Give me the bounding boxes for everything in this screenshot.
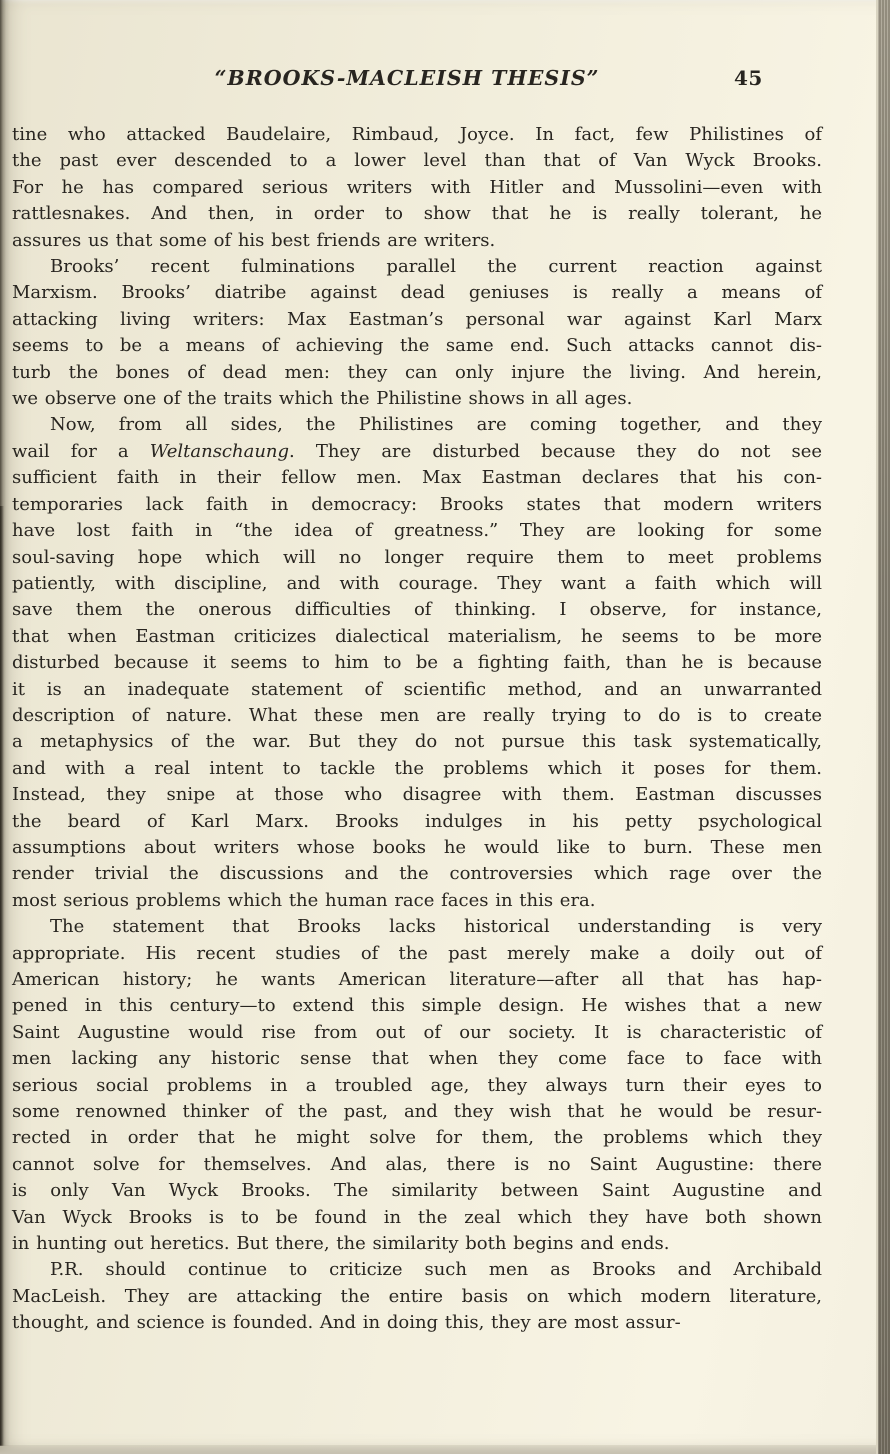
book-page-edges: [876, 0, 890, 1454]
text-line: attacking living writers: Max Eastman’s …: [12, 307, 822, 333]
text-line: patiently, with discipline, and with cou…: [12, 571, 822, 597]
text-line: men lacking any historic sense that when…: [12, 1046, 822, 1072]
paragraph: Brooks’ recent fulminations parallel the…: [12, 254, 822, 412]
text-line: rected in order that he might solve for …: [12, 1125, 822, 1151]
text-line: assures us that some of his best friends…: [12, 228, 822, 254]
page-number: 45: [734, 66, 763, 90]
text-line: the past ever descended to a lower level…: [12, 148, 822, 174]
page-gutter-shadow: [0, 0, 10, 1446]
text-line: P.R. should continue to criticize such m…: [12, 1257, 822, 1283]
text-line: turb the bones of dead men: they can onl…: [12, 360, 822, 386]
text-line: rattlesnakes. And then, in order to show…: [12, 201, 822, 227]
text-line: Saint Augustine would rise from out of o…: [12, 1020, 822, 1046]
text-line: render trivial the discussions and the c…: [12, 861, 822, 887]
scan-bottom-edge: [0, 1445, 876, 1454]
text-line: a metaphysics of the war. But they do no…: [12, 729, 822, 755]
text-line: appropriate. His recent studies of the p…: [12, 941, 822, 967]
page-body: tine who attacked Baudelaire, Rimbaud, J…: [12, 122, 822, 1337]
text-line: is only Van Wyck Brooks. The similarity …: [12, 1178, 822, 1204]
text-line: save them the onerous difficulties of th…: [12, 597, 822, 623]
text-line: Marxism. Brooks’ diatribe against dead g…: [12, 280, 822, 306]
text-line: Brooks’ recent fulminations parallel the…: [12, 254, 822, 280]
paragraph: The statement that Brooks lacks historic…: [12, 914, 822, 1257]
text-line: that when Eastman criticizes dialectical…: [12, 624, 822, 650]
paragraph: Now, from all sides, the Philistines are…: [12, 412, 822, 914]
text-line: the beard of Karl Marx. Brooks indulges …: [12, 809, 822, 835]
text-line: and with a real intent to tackle the pro…: [12, 756, 822, 782]
text-line: in hunting out heretics. But there, the …: [12, 1231, 822, 1257]
text-line: serious social problems in a troubled ag…: [12, 1073, 822, 1099]
running-header: “BROOKS-MACLEISH THESIS” 45: [12, 66, 822, 96]
text-line: Now, from all sides, the Philistines are…: [12, 412, 822, 438]
text-line: assumptions about writers whose books he…: [12, 835, 822, 861]
text-line: temporaries lack faith in democracy: Bro…: [12, 492, 822, 518]
text-line: description of nature. What these men ar…: [12, 703, 822, 729]
text-line: pened in this century—to extend this sim…: [12, 993, 822, 1019]
scanned-page: “BROOKS-MACLEISH THESIS” 45 tine who att…: [0, 0, 890, 1454]
text-line: MacLeish. They are attacking the entire …: [12, 1284, 822, 1310]
text-line: thought, and science is founded. And in …: [12, 1310, 822, 1336]
text-line: For he has compared serious writers with…: [12, 175, 822, 201]
text-line: Van Wyck Brooks is to be found in the ze…: [12, 1205, 822, 1231]
paragraph: tine who attacked Baudelaire, Rimbaud, J…: [12, 122, 822, 254]
text-line: American history; he wants American lite…: [12, 967, 822, 993]
text-line: The statement that Brooks lacks historic…: [12, 914, 822, 940]
text-line: Instead, they snipe at those who disagre…: [12, 782, 822, 808]
text-line: seems to be a means of achieving the sam…: [12, 333, 822, 359]
text-line: tine who attacked Baudelaire, Rimbaud, J…: [12, 122, 822, 148]
text-line: we observe one of the traits which the P…: [12, 386, 822, 412]
text-line: most serious problems which the human ra…: [12, 888, 822, 914]
text-line: some renowned thinker of the past, and t…: [12, 1099, 822, 1125]
text-line: cannot solve for themselves. And alas, t…: [12, 1152, 822, 1178]
text-line: soul-saving hope which will no longer re…: [12, 545, 822, 571]
running-header-title: “BROOKS-MACLEISH THESIS”: [12, 66, 802, 90]
paragraph: P.R. should continue to criticize such m…: [12, 1257, 822, 1336]
text-line: sufficient faith in their fellow men. Ma…: [12, 465, 822, 491]
text-line: wail for a Weltanschaung. They are distu…: [12, 439, 822, 465]
text-line: have lost faith in “the idea of greatnes…: [12, 518, 822, 544]
text-line: disturbed because it seems to him to be …: [12, 650, 822, 676]
text-line: it is an inadequate statement of scienti…: [12, 677, 822, 703]
